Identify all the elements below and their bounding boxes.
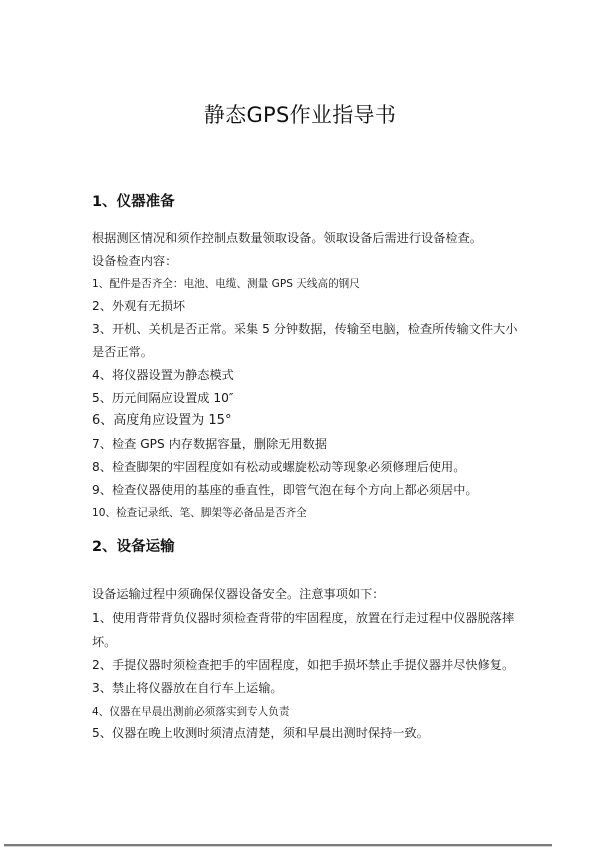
list-item: 8、检查脚架的牢固程度如有松动或螺旋松动等现象必须修理后使用。 [92, 458, 465, 476]
list-item-continuation: 是否正常。 [92, 343, 153, 361]
list-item: 3、禁止将仪器放在自行车上运输。 [92, 679, 283, 697]
list-item: 3、开机、关机是否正常。采集 5 分钟数据，传输至电脑，检查所传输文件大小 [92, 320, 517, 338]
list-item: 6、高度角应设置为 15° [92, 412, 231, 430]
list-item: 2、外观有无损坏 [92, 297, 185, 315]
document-title: 静态GPS作业指导书 [0, 99, 600, 131]
list-item: 9、检查仪器使用的基座的垂直性，即管气泡在每个方向上都必须居中。 [92, 481, 478, 499]
list-item: 5、仪器在晚上收测时须清点清楚，须和早晨出测时保持一致。 [92, 724, 429, 742]
list-item: 4、将仪器设置为静态模式 [92, 366, 234, 384]
list-item: 2、手提仪器时须检查把手的牢固程度，如把手损坏禁止手提仪器并尽快修复。 [92, 656, 514, 674]
document-page: 静态GPS作业指导书 1、仪器准备 根据测区情况和须作控制点数量领取设备。领取设… [0, 0, 600, 851]
section-heading-instrument-preparation: 1、仪器准备 [92, 192, 175, 212]
list-item: 5、历元间隔应设置成 10″ [92, 389, 233, 407]
section-subheading: 设备检查内容： [92, 252, 177, 270]
list-item: 10、检查记录纸、笔、脚架等必备品是否齐全 [92, 504, 307, 522]
section-intro: 根据测区情况和须作控制点数量领取设备。领取设备后需进行设备检查。 [92, 229, 482, 247]
section-intro: 设备运输过程中须确保仪器设备安全。注意事项如下： [92, 585, 385, 603]
list-item: 1、配件是否齐全：电池、电缆、测量 GPS 天线高的钢尺 [92, 275, 360, 293]
list-item: 1、使用背带背负仪器时须检查背带的牢固程度，放置在行走过程中仪器脱落摔 [92, 609, 514, 627]
page-bottom-rule [4, 844, 552, 847]
list-item-continuation: 坏。 [92, 633, 116, 651]
list-item: 7、检查 GPS 内存数据容量，删除无用数据 [92, 435, 327, 453]
list-item: 4、仪器在早晨出测前必须落实到专人负责 [92, 703, 289, 721]
section-heading-equipment-transport: 2、设备运输 [92, 537, 175, 557]
